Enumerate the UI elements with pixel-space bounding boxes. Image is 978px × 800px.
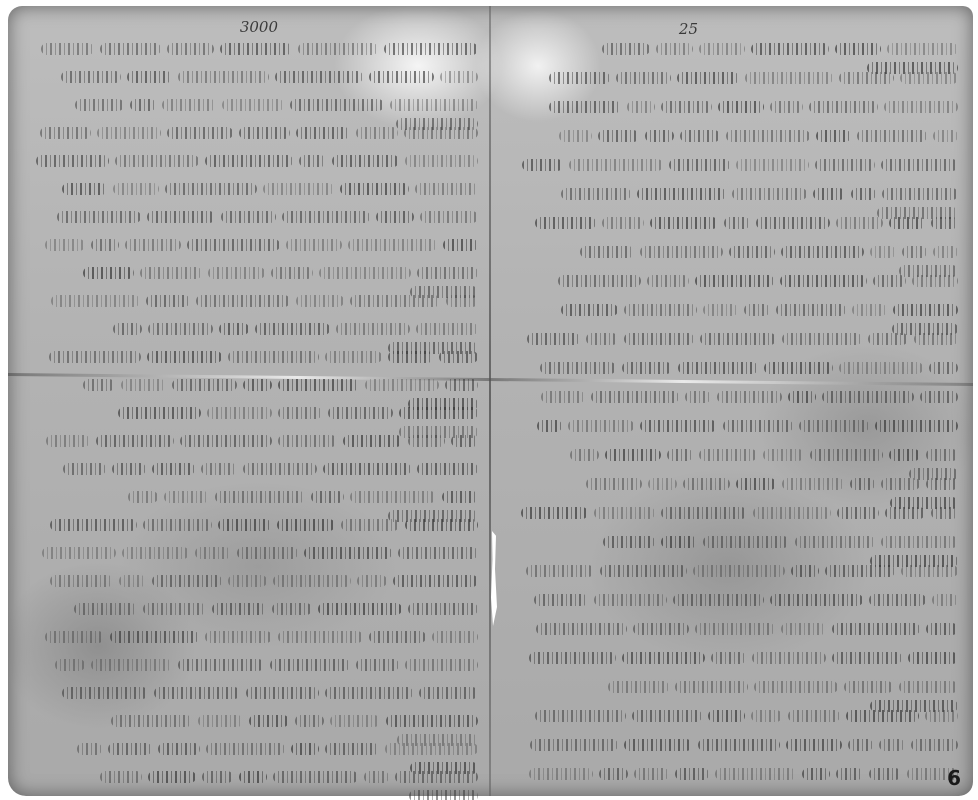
handwritten-word [172, 379, 237, 391]
handwritten-word [350, 295, 440, 307]
handwritten-word [40, 127, 91, 139]
handwritten-word [356, 659, 399, 671]
handwritten-word [836, 768, 863, 780]
handwritten-line [28, 290, 478, 304]
handwritten-word [736, 478, 776, 490]
handwritten-word [167, 127, 233, 139]
handwritten-word [140, 267, 202, 279]
handwritten-word [127, 71, 172, 83]
handwritten-word [661, 536, 697, 548]
handwritten-word [901, 565, 958, 577]
handwritten-line [28, 570, 478, 584]
handwritten-line [513, 444, 958, 458]
handwritten-line [513, 241, 958, 255]
handwritten-line [28, 626, 478, 640]
handwritten-word [568, 420, 634, 432]
handwritten-word [602, 43, 650, 55]
handwritten-word [869, 768, 901, 780]
handwritten-word [63, 463, 106, 475]
handwritten-word [603, 536, 655, 548]
handwritten-line [513, 415, 958, 429]
handwritten-word [205, 631, 272, 643]
handwritten-word [100, 771, 142, 783]
handwritten-word [75, 99, 124, 111]
handwritten-word [167, 43, 214, 55]
handwritten-word [782, 333, 862, 345]
handwritten-word [198, 715, 243, 727]
handwritten-word [929, 362, 958, 374]
handwritten-word [622, 652, 705, 664]
handwritten-word [405, 659, 478, 671]
handwritten-line [513, 299, 958, 313]
handwritten-word [270, 659, 350, 671]
handwritten-word [718, 101, 764, 113]
handwritten-word [736, 159, 809, 171]
handwritten-word [744, 304, 770, 316]
handwritten-word [296, 295, 344, 307]
handwritten-word [810, 449, 883, 461]
handwritten-word [364, 771, 389, 783]
manuscript-sheet: 3000 25 6 [8, 6, 973, 796]
handwritten-word [278, 379, 359, 391]
handwritten-word [369, 71, 434, 83]
handwritten-word [693, 565, 785, 577]
handwritten-word [357, 575, 387, 587]
handwritten-word [632, 710, 702, 722]
handwritten-word [49, 351, 141, 363]
handwritten-word [416, 323, 478, 335]
left-header-number: 3000 [240, 18, 278, 36]
handwritten-word [218, 519, 271, 531]
handwritten-word [420, 211, 478, 223]
handwritten-word [96, 435, 174, 447]
handwritten-word [624, 304, 697, 316]
handwritten-word [561, 304, 618, 316]
handwritten-word [50, 575, 113, 587]
handwritten-word [795, 536, 875, 548]
handwritten-line [513, 328, 958, 342]
handwritten-word [813, 188, 845, 200]
handwritten-word [121, 379, 166, 391]
handwritten-line [28, 542, 478, 556]
handwritten-word [870, 246, 896, 258]
handwritten-word [180, 435, 272, 447]
handwritten-word [439, 351, 478, 363]
handwritten-word [887, 43, 958, 55]
handwritten-word [781, 246, 864, 258]
handwritten-word [408, 435, 445, 447]
handwritten-word [57, 211, 141, 223]
handwritten-word [42, 547, 116, 559]
handwritten-word [695, 623, 775, 635]
handwritten-word [656, 43, 693, 55]
handwritten-word [695, 275, 774, 287]
handwritten-word [675, 768, 709, 780]
handwritten-word [115, 155, 199, 167]
handwritten-word [332, 155, 399, 167]
handwritten-word [432, 631, 478, 643]
handwritten-word [108, 743, 152, 755]
handwritten-word [45, 631, 104, 643]
handwritten-word [640, 420, 717, 432]
handwritten-word [616, 72, 671, 84]
handwritten-word [304, 547, 392, 559]
handwritten-word [594, 507, 655, 519]
handwritten-word [680, 130, 720, 142]
handwritten-word [756, 217, 830, 229]
handwritten-word [537, 420, 562, 432]
handwritten-word [879, 739, 905, 751]
handwritten-line [28, 318, 478, 332]
handwritten-line [513, 212, 958, 226]
handwritten-word [594, 594, 667, 606]
handwritten-word [113, 323, 142, 335]
handwritten-word [536, 623, 627, 635]
handwritten-word [931, 507, 958, 519]
handwritten-word [881, 536, 958, 548]
handwritten-line [513, 734, 958, 748]
handwritten-word [605, 449, 661, 461]
handwritten-word [751, 43, 829, 55]
handwritten-word [222, 99, 284, 111]
handwritten-word [723, 420, 793, 432]
handwritten-word [318, 603, 402, 615]
handwritten-word [640, 246, 723, 258]
handwritten-word [634, 768, 669, 780]
handwritten-word [627, 101, 655, 113]
handwritten-word [146, 295, 190, 307]
handwritten-word [388, 351, 433, 363]
handwritten-word [341, 519, 399, 531]
handwritten-line [28, 766, 478, 780]
handwritten-word [255, 323, 330, 335]
handwritten-word [328, 407, 393, 419]
handwritten-word [822, 391, 914, 403]
handwritten-word [899, 681, 958, 693]
handwritten-word [703, 304, 738, 316]
handwritten-word [851, 188, 876, 200]
handwritten-line [513, 357, 958, 371]
handwritten-word [926, 449, 958, 461]
handwritten-word [815, 159, 875, 171]
handwritten-word [661, 101, 712, 113]
handwritten-word [699, 449, 757, 461]
handwritten-word [237, 547, 298, 559]
handwritten-word [711, 652, 746, 664]
handwritten-word [83, 379, 115, 391]
handwritten-word [647, 275, 689, 287]
handwritten-word [41, 43, 94, 55]
handwritten-word [273, 771, 358, 783]
handwritten-word [278, 407, 322, 419]
handwritten-word [763, 449, 804, 461]
handwritten-word [889, 217, 925, 229]
handwritten-word [839, 362, 923, 374]
handwritten-word [602, 217, 644, 229]
handwritten-word [835, 43, 881, 55]
handwritten-word [911, 739, 958, 751]
handwritten-word [417, 463, 478, 475]
handwritten-word [527, 333, 580, 345]
handwritten-word [55, 659, 85, 671]
handwritten-word [393, 575, 478, 587]
handwritten-word [376, 211, 414, 223]
handwritten-word [282, 211, 370, 223]
handwritten-word [196, 295, 290, 307]
handwritten-word [745, 72, 833, 84]
handwritten-word [263, 183, 334, 195]
handwritten-word [586, 478, 642, 490]
handwritten-word [291, 743, 319, 755]
handwritten-word [667, 449, 693, 461]
handwritten-word [385, 743, 478, 755]
handwritten-word [147, 211, 215, 223]
handwritten-line [513, 38, 958, 52]
handwritten-word [118, 407, 201, 419]
handwritten-word [97, 127, 161, 139]
handwritten-word [205, 155, 293, 167]
handwritten-word [243, 463, 317, 475]
handwritten-word [119, 575, 146, 587]
handwritten-word [271, 267, 313, 279]
handwritten-word [128, 491, 158, 503]
handwritten-word [598, 130, 639, 142]
handwritten-word [799, 420, 869, 432]
handwritten-word [852, 304, 887, 316]
handwritten-word [208, 267, 265, 279]
handwritten-word [881, 478, 920, 490]
handwritten-word [786, 739, 842, 751]
handwritten-word [45, 239, 85, 251]
handwritten-word [848, 739, 873, 751]
right-header-number: 25 [679, 20, 698, 38]
handwritten-word [201, 463, 237, 475]
handwritten-word [549, 101, 621, 113]
handwritten-word [404, 127, 478, 139]
handwritten-word [529, 768, 593, 780]
handwritten-word [239, 127, 290, 139]
handwritten-line [513, 183, 958, 197]
handwritten-word [273, 575, 351, 587]
handwritten-word [148, 771, 196, 783]
handwritten-line [513, 589, 958, 603]
handwritten-word [685, 391, 711, 403]
handwritten-word [277, 519, 335, 531]
handwritten-word [390, 99, 478, 111]
handwritten-line [513, 67, 958, 81]
handwritten-word [650, 217, 718, 229]
handwritten-line [513, 560, 958, 574]
handwritten-word [220, 43, 292, 55]
handwritten-word [732, 188, 807, 200]
handwritten-word [350, 491, 436, 503]
handwritten-word [825, 565, 895, 577]
handwritten-word [624, 333, 694, 345]
right-page: 25 [503, 16, 958, 791]
handwritten-word [698, 739, 780, 751]
handwritten-word [417, 267, 478, 279]
handwritten-word [751, 710, 782, 722]
handwritten-word [776, 304, 846, 316]
handwritten-word [549, 72, 610, 84]
handwritten-line [513, 618, 958, 632]
handwritten-word [323, 463, 411, 475]
handwritten-word [920, 391, 958, 403]
handwritten-word [405, 155, 478, 167]
handwritten-line [28, 66, 478, 80]
handwritten-word [311, 491, 344, 503]
handwritten-line [28, 430, 478, 444]
handwritten-word [678, 362, 758, 374]
handwritten-word [580, 246, 634, 258]
handwritten-word [152, 575, 222, 587]
handwritten-word [832, 623, 920, 635]
handwritten-word [809, 101, 878, 113]
handwritten-word [110, 631, 199, 643]
handwritten-word [275, 71, 363, 83]
handwritten-word [83, 267, 134, 279]
handwritten-word [933, 130, 958, 142]
handwritten-word [781, 623, 826, 635]
handwritten-line [513, 96, 958, 110]
handwritten-word [325, 351, 382, 363]
handwritten-word [788, 391, 816, 403]
handwritten-word [857, 130, 927, 142]
handwritten-word [559, 130, 592, 142]
handwritten-word [836, 217, 883, 229]
handwritten-word [178, 71, 269, 83]
handwritten-word [561, 188, 631, 200]
handwritten-word [637, 188, 726, 200]
handwritten-word [319, 267, 411, 279]
handwritten-word [77, 743, 102, 755]
handwritten-word [724, 217, 750, 229]
handwritten-line [28, 122, 478, 136]
handwritten-word [325, 743, 379, 755]
handwritten-word [648, 478, 677, 490]
handwritten-line [28, 346, 478, 360]
left-page: 3000 [18, 16, 478, 791]
handwritten-line [513, 705, 958, 719]
handwritten-word [925, 710, 958, 722]
handwritten-word [286, 239, 342, 251]
handwritten-word [384, 43, 478, 55]
handwritten-word [50, 519, 137, 531]
handwritten-word [675, 681, 748, 693]
handwritten-word [62, 687, 148, 699]
handwritten-word [152, 463, 195, 475]
handwritten-word [111, 715, 192, 727]
handwritten-line [28, 598, 478, 612]
handwritten-word [215, 491, 305, 503]
handwritten-word [113, 183, 159, 195]
handwritten-word [74, 603, 137, 615]
handwritten-word [889, 449, 920, 461]
handwritten-word [164, 491, 209, 503]
handwritten-word [451, 435, 478, 447]
handwritten-word [125, 239, 181, 251]
handwritten-word [633, 623, 689, 635]
handwritten-word [91, 239, 119, 251]
handwritten-word [239, 771, 267, 783]
handwritten-word [926, 478, 958, 490]
handwritten-word [445, 379, 478, 391]
handwritten-word [754, 681, 838, 693]
handwritten-word [395, 771, 478, 783]
handwritten-word [206, 743, 285, 755]
handwritten-word [770, 101, 803, 113]
handwritten-word [715, 768, 796, 780]
handwritten-word [608, 681, 669, 693]
handwritten-line [513, 531, 958, 545]
handwritten-line [28, 654, 478, 668]
handwritten-word [221, 211, 276, 223]
handwritten-word [541, 391, 585, 403]
handwritten-word [130, 99, 156, 111]
handwritten-word [112, 463, 146, 475]
handwritten-word [677, 72, 739, 84]
handwritten-line [28, 206, 478, 220]
handwritten-word [530, 739, 618, 751]
handwritten-line [28, 178, 478, 192]
handwritten-word [212, 603, 266, 615]
handwritten-word [62, 183, 107, 195]
handwritten-word [522, 159, 563, 171]
handwritten-word [885, 507, 925, 519]
handwritten-word [599, 768, 628, 780]
handwritten-word [700, 333, 776, 345]
handwritten-word [881, 159, 958, 171]
handwritten-word [219, 323, 249, 335]
handwritten-line [513, 386, 958, 400]
handwritten-word [343, 435, 402, 447]
handwritten-word [926, 623, 958, 635]
handwritten-word [147, 351, 222, 363]
handwritten-word [295, 715, 324, 727]
handwritten-word [622, 362, 672, 374]
handwritten-word [408, 603, 478, 615]
handwritten-word [154, 687, 240, 699]
handwritten-word [624, 739, 692, 751]
handwritten-word [207, 407, 272, 419]
handwritten-word [36, 155, 109, 167]
handwritten-word [243, 379, 272, 391]
handwritten-line [513, 154, 958, 168]
handwritten-word [278, 435, 337, 447]
handwritten-word [850, 478, 875, 490]
handwritten-line [513, 270, 958, 284]
handwritten-word [535, 710, 626, 722]
handwritten-word [717, 391, 782, 403]
handwritten-line [28, 94, 478, 108]
handwritten-word [526, 565, 594, 577]
handwritten-word [900, 72, 958, 84]
handwritten-word [158, 743, 200, 755]
handwritten-word [187, 239, 280, 251]
handwritten-word [228, 575, 267, 587]
center-fold [489, 6, 491, 796]
handwritten-word [673, 594, 764, 606]
handwritten-word [780, 275, 867, 287]
handwritten-word [178, 659, 264, 671]
handwritten-word [788, 710, 840, 722]
handwritten-word [600, 565, 687, 577]
handwritten-line [28, 262, 478, 276]
handwritten-word [100, 43, 161, 55]
handwritten-word [143, 519, 212, 531]
handwritten-word [415, 183, 478, 195]
handwritten-word [753, 507, 831, 519]
